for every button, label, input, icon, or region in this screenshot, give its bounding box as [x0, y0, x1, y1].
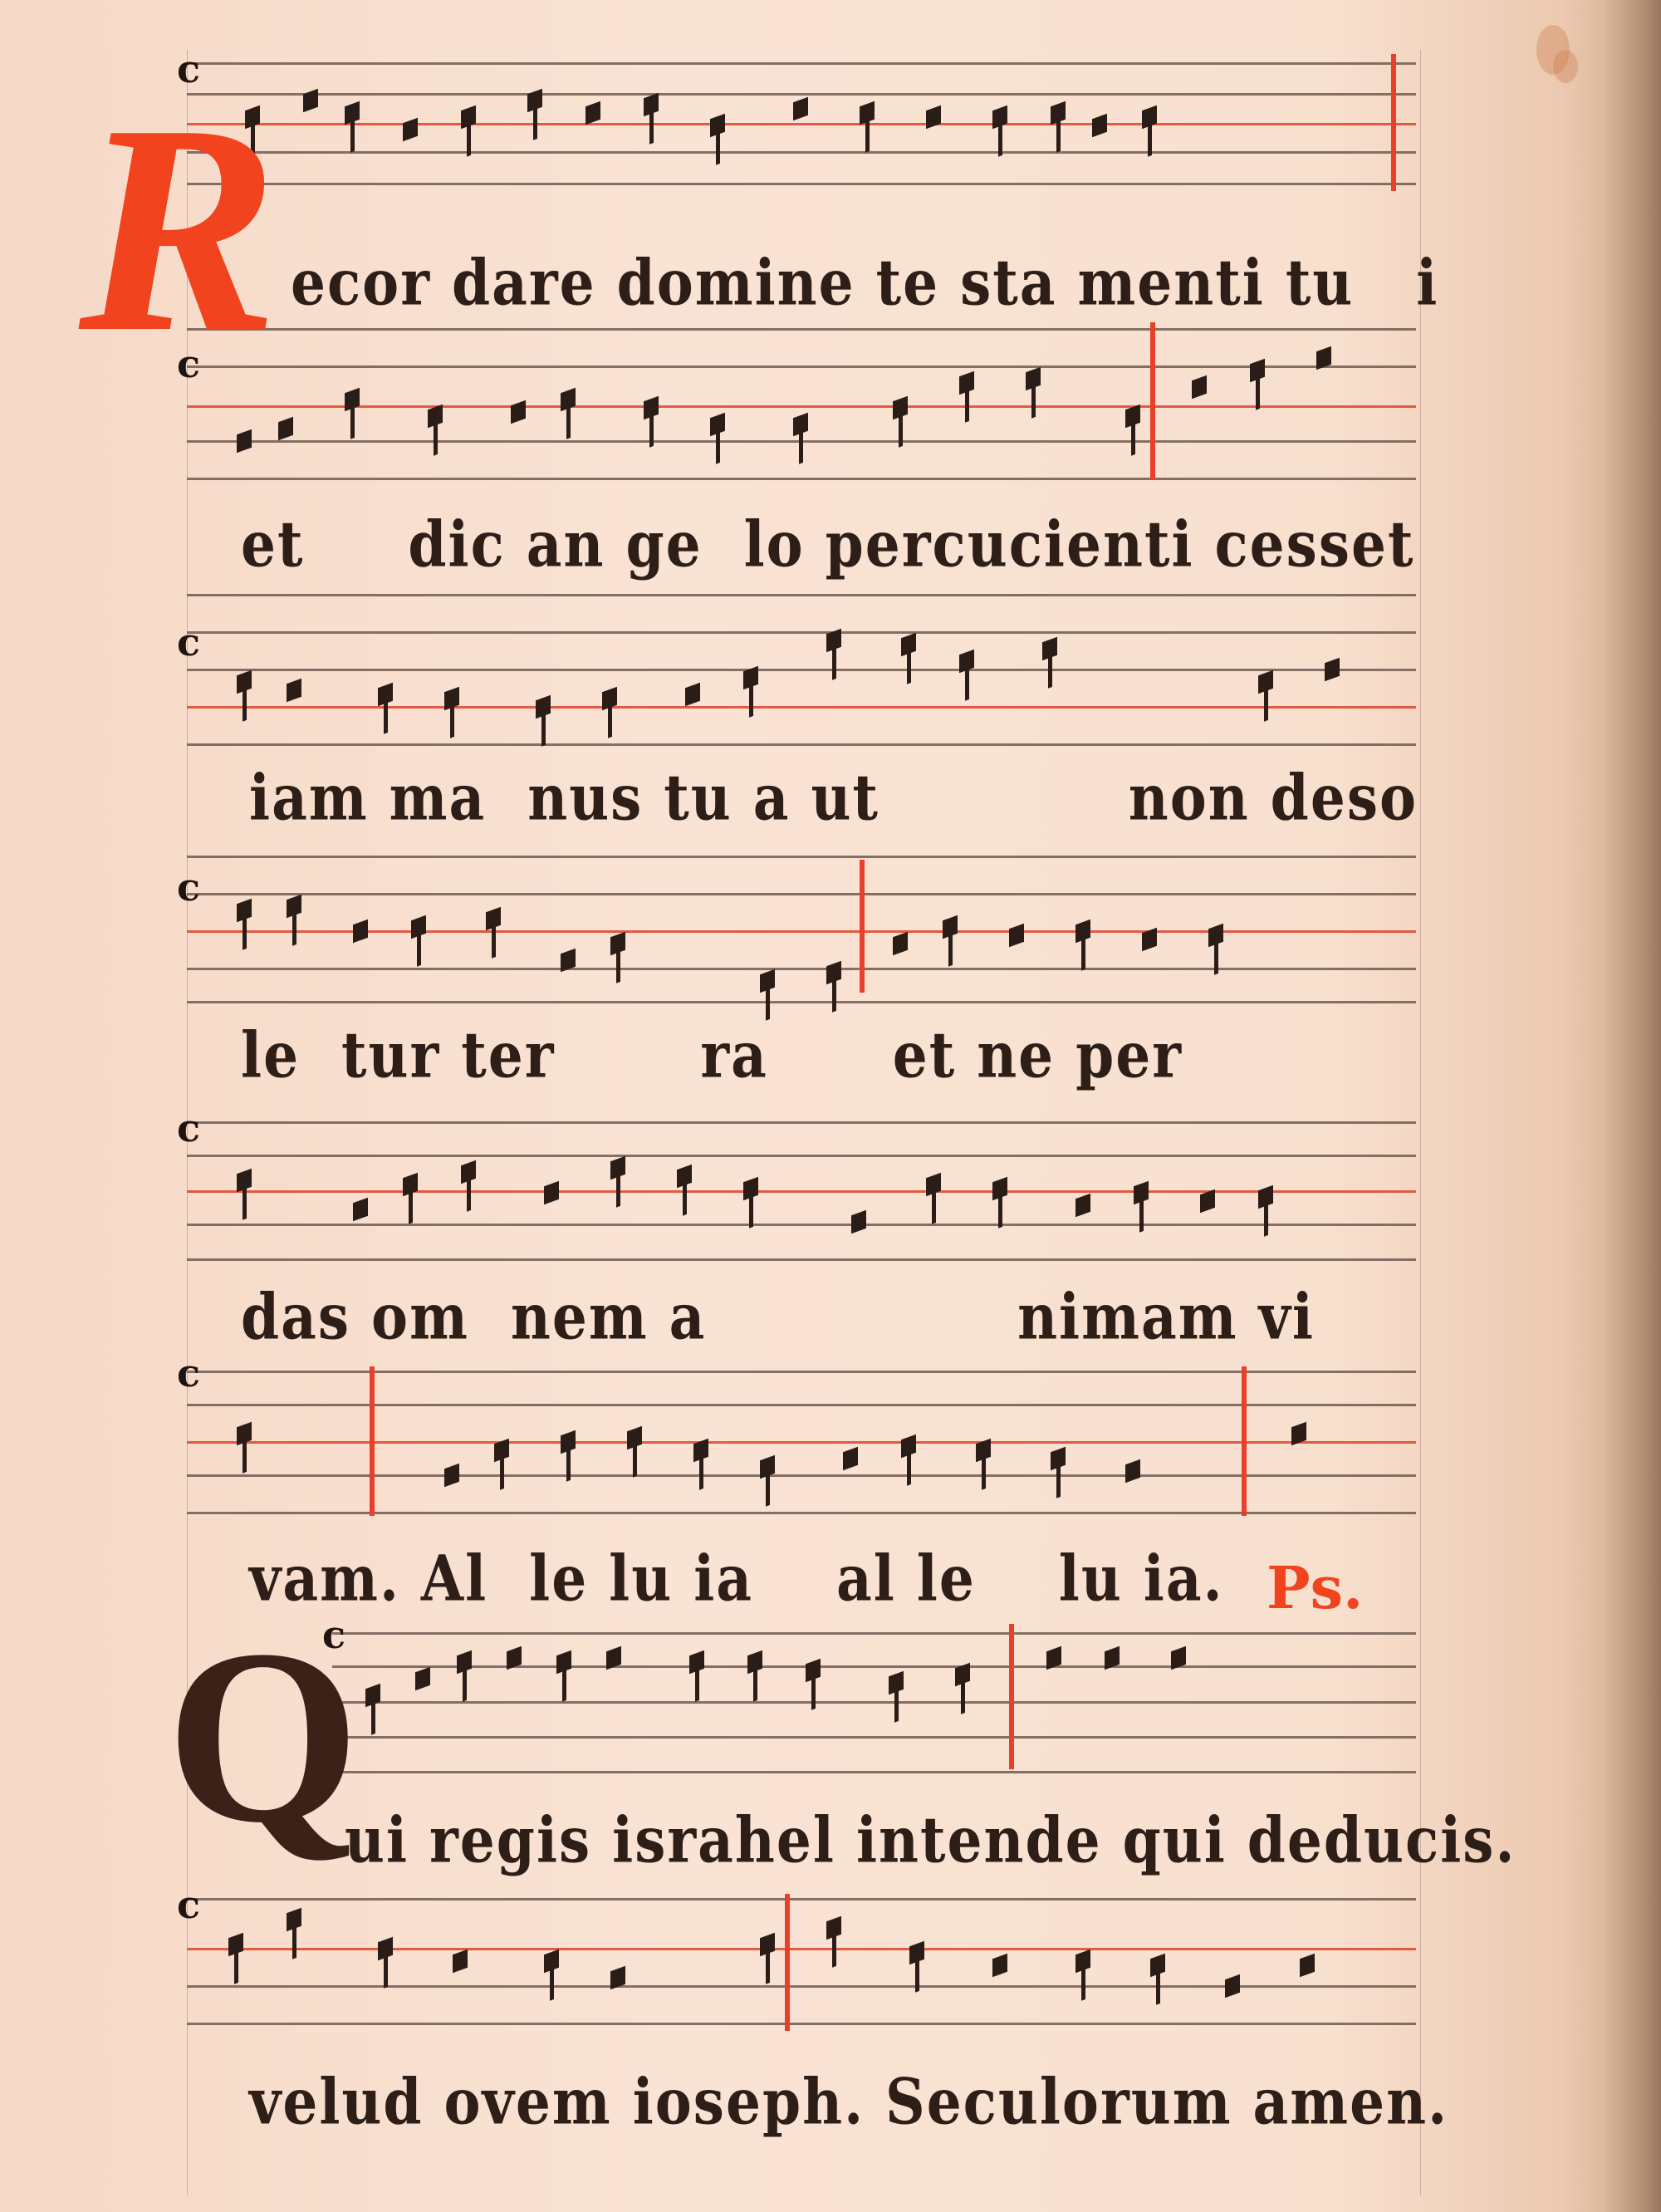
neume: [1208, 924, 1223, 948]
neume: [1200, 1189, 1215, 1214]
neume: [1051, 1447, 1066, 1471]
neume-group: [212, 58, 1383, 191]
staff-3: c: [187, 590, 1416, 748]
staff-7: c: [332, 1628, 1416, 1778]
neume: [959, 650, 974, 674]
lyric-line-3: iam ma nus tu a ut non deso: [249, 760, 1418, 835]
neume: [237, 670, 252, 694]
neume: [1225, 1974, 1240, 1999]
neume: [527, 89, 542, 113]
neume: [1150, 1954, 1165, 1978]
neume: [644, 396, 659, 420]
neume: [851, 1210, 866, 1234]
responsory-initial-letter: R: [79, 79, 278, 378]
neume: [760, 1455, 775, 1479]
barline: [1242, 1366, 1247, 1516]
neume: [237, 899, 252, 923]
neume: [561, 388, 576, 412]
neume: [893, 396, 908, 420]
neume: [345, 388, 360, 412]
neume: [793, 97, 808, 121]
lyric-line-8: velud ovem ioseph. Seculorum amen.: [249, 2064, 1448, 2139]
stain: [1553, 50, 1578, 83]
barline: [860, 860, 865, 993]
neume: [237, 429, 252, 454]
neume: [826, 629, 841, 653]
neume: [926, 1173, 941, 1197]
neume: [1105, 1646, 1120, 1670]
lyric-line-1: ecor dare domine te sta menti tu i: [291, 245, 1438, 320]
neume: [860, 101, 875, 125]
neume: [610, 1156, 625, 1180]
neume: [743, 666, 758, 690]
neume: [893, 932, 908, 956]
lyric-line-5: das om nem a nimam vi: [241, 1279, 1315, 1354]
neume: [1125, 405, 1140, 429]
neume: [561, 1430, 576, 1454]
manuscript-page: c ecor dare domine te sta menti tu i: [0, 0, 1661, 2212]
neume: [378, 683, 393, 707]
neume: [345, 101, 360, 125]
neume: [544, 1181, 559, 1205]
neume: [901, 633, 916, 657]
neume: [1325, 658, 1340, 682]
neume: [710, 114, 725, 138]
neume: [943, 915, 958, 939]
neume: [1291, 1422, 1306, 1446]
lyric-line-7: ui regis israhel intende qui deducis.: [345, 1802, 1516, 1877]
neume: [1026, 367, 1041, 391]
neume: [237, 1422, 252, 1446]
neume: [843, 1447, 858, 1471]
neume: [378, 1937, 393, 1961]
neume: [278, 417, 293, 441]
neume-group: [212, 324, 1383, 482]
neume: [1258, 1185, 1273, 1209]
neume: [1258, 670, 1273, 694]
neume: [1075, 920, 1090, 944]
staff-5: c: [187, 1117, 1416, 1263]
neume-group: [212, 1117, 1383, 1263]
neume: [1075, 1194, 1090, 1218]
neume: [901, 1435, 916, 1459]
neume-group: [357, 1628, 1383, 1778]
neume: [959, 371, 974, 395]
c-clef-icon: c: [177, 623, 200, 661]
neume: [486, 907, 501, 931]
neume: [743, 1177, 758, 1201]
c-clef-icon: c: [177, 1886, 200, 1924]
neume: [287, 895, 301, 919]
staff-1: c: [187, 58, 1416, 191]
neume: [428, 405, 443, 429]
staff-2: c: [187, 324, 1416, 482]
barline: [370, 1366, 375, 1516]
neume: [760, 1933, 775, 1957]
neume: [561, 949, 576, 973]
neume: [353, 920, 368, 944]
neume: [1125, 1459, 1140, 1484]
lyric-line-4: le tur ter ra et ne per: [241, 1018, 1183, 1092]
neume: [586, 101, 600, 125]
neume: [992, 1954, 1007, 1978]
staff-4: c: [187, 851, 1416, 1005]
neume: [415, 1667, 430, 1691]
neume: [403, 1173, 418, 1197]
barline: [1391, 54, 1396, 191]
barline: [785, 1894, 790, 2031]
neume-group: [212, 590, 1383, 748]
c-clef-icon: c: [177, 868, 200, 906]
neume: [627, 1426, 642, 1450]
neume: [610, 932, 625, 956]
neume: [1171, 1646, 1186, 1670]
neume: [536, 695, 551, 719]
page-gutter-shadow: [1603, 0, 1661, 2212]
neume: [1192, 375, 1207, 400]
neume: [507, 1646, 522, 1670]
barline: [1009, 1624, 1014, 1769]
staff-8: c: [187, 1894, 1416, 2031]
neume: [1092, 114, 1107, 138]
neume: [806, 1659, 821, 1683]
neume: [710, 413, 725, 437]
neume: [411, 915, 426, 939]
neume: [606, 1646, 621, 1670]
neume: [353, 1198, 368, 1222]
neume: [303, 89, 318, 113]
neume: [644, 93, 659, 117]
neume: [693, 1439, 708, 1463]
neume: [1051, 101, 1066, 125]
neume: [544, 1950, 559, 1974]
neume: [511, 400, 526, 424]
neume: [494, 1439, 509, 1463]
neume: [457, 1650, 472, 1675]
neume: [677, 1165, 692, 1189]
neume: [1250, 359, 1265, 383]
neume: [403, 118, 418, 142]
neume: [461, 1160, 476, 1184]
lyric-line-2: et dic an ge lo percucienti cesset: [241, 507, 1414, 581]
neume: [1142, 928, 1157, 952]
neume: [1009, 924, 1024, 948]
barline: [1150, 322, 1155, 480]
neume: [287, 1908, 301, 1932]
neume: [1316, 346, 1331, 370]
neume: [228, 1933, 243, 1957]
neume: [909, 1941, 924, 1965]
neume: [602, 687, 617, 711]
neume: [1134, 1181, 1149, 1205]
neume: [365, 1684, 380, 1708]
neume: [237, 1169, 252, 1193]
neume: [287, 679, 301, 703]
neume: [444, 1464, 459, 1488]
neume: [689, 1650, 704, 1675]
neume: [1046, 1646, 1061, 1670]
neume: [826, 1916, 841, 1940]
neume: [992, 105, 1007, 130]
neume: [826, 961, 841, 985]
neume: [976, 1439, 991, 1463]
neume: [926, 105, 941, 130]
staff-6: c: [187, 1366, 1416, 1516]
neume-group: [212, 851, 1383, 1005]
psalm-initial-letter: Q: [166, 1611, 360, 1861]
neume: [685, 683, 700, 707]
neume: [453, 1950, 468, 1974]
neume: [955, 1663, 970, 1687]
neume: [1300, 1954, 1315, 1978]
neume-group: [212, 1366, 1383, 1516]
neume-group: [212, 1894, 1383, 2031]
psalm-marker: Ps.: [1267, 1553, 1363, 1622]
neume: [610, 1966, 625, 1990]
c-clef-icon: c: [177, 1109, 200, 1147]
c-clef-icon: c: [177, 1354, 200, 1392]
neume: [793, 413, 808, 437]
neume: [889, 1671, 904, 1695]
neume: [992, 1177, 1007, 1201]
neume: [444, 687, 459, 711]
neume: [1075, 1950, 1090, 1974]
neume: [747, 1650, 762, 1675]
neume: [1142, 105, 1157, 130]
lyric-line-6: vam. Al le lu ia al le lu ia.: [249, 1541, 1224, 1616]
neume: [556, 1650, 571, 1675]
neume: [760, 969, 775, 993]
neume: [1042, 637, 1057, 661]
neume: [461, 105, 476, 130]
